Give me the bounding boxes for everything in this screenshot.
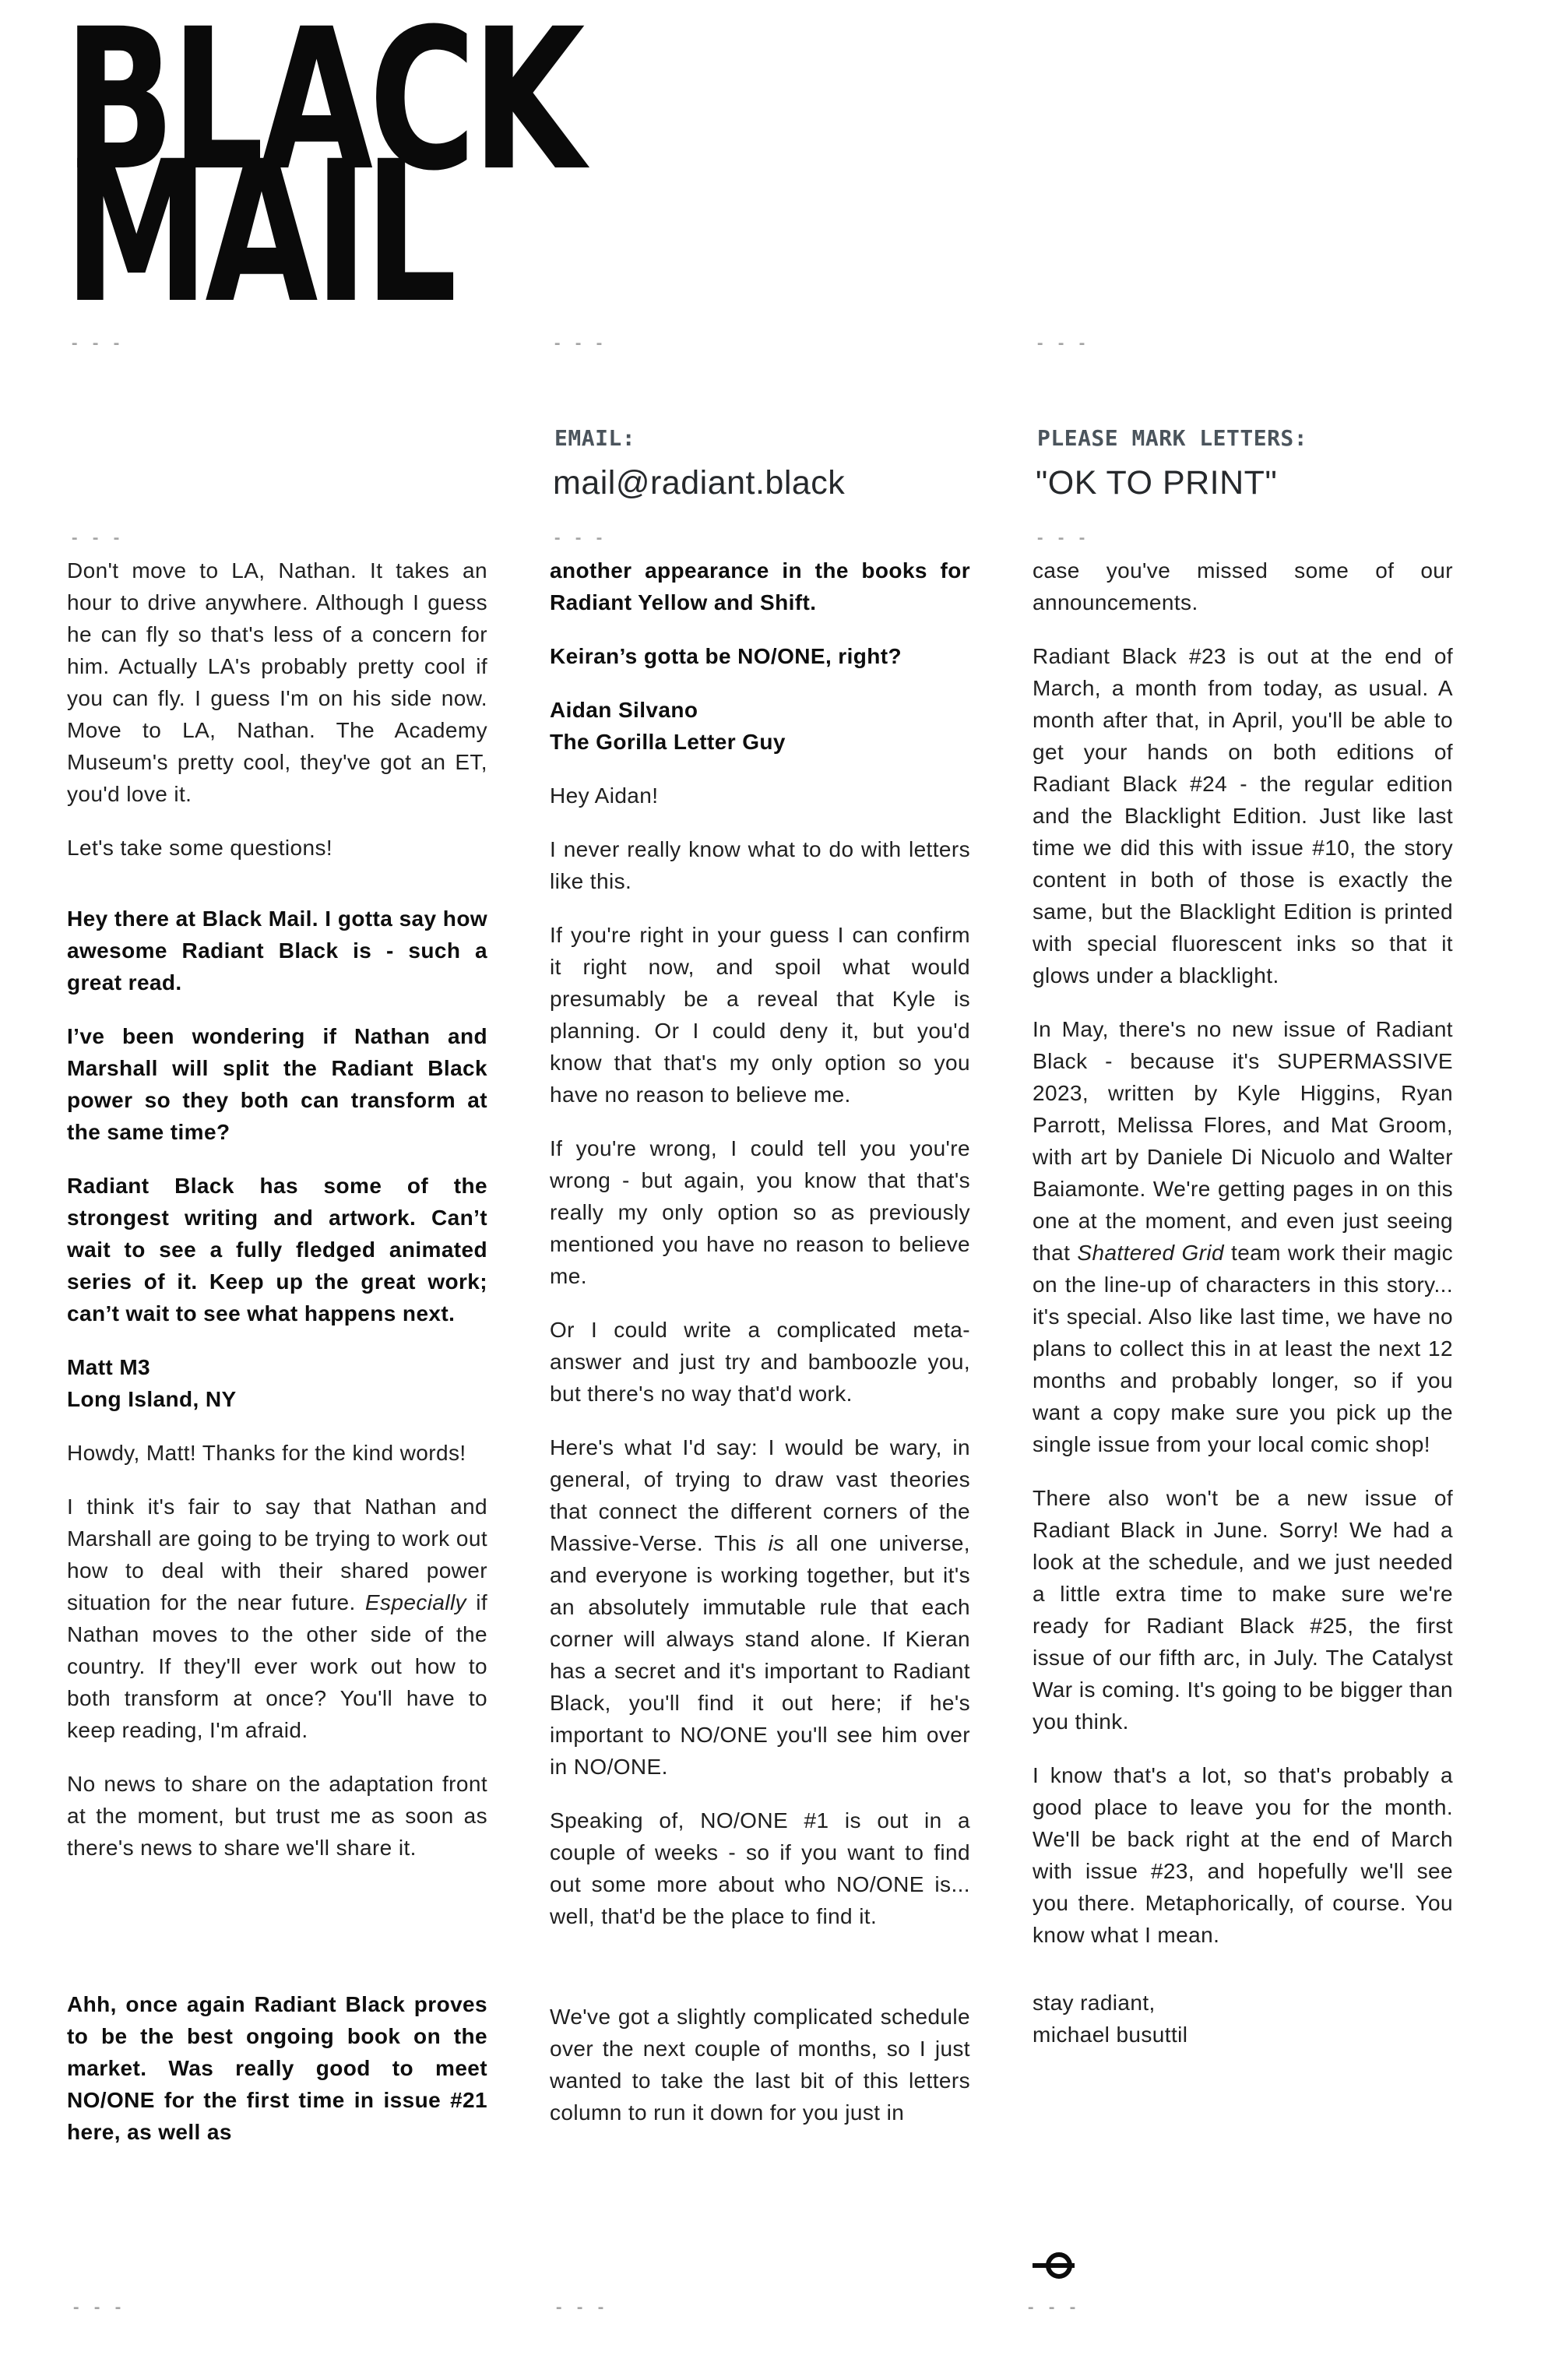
response-paragraph: Radiant Black #23 is out at the end of M… bbox=[1033, 640, 1453, 991]
text-run: Speaking of, NO/ONE #1 is out in a coupl… bbox=[550, 1808, 970, 1928]
response-paragraph: Hey Aidan! bbox=[550, 780, 970, 812]
reader-letter-paragraph: Matt M3Long Island, NY bbox=[67, 1351, 487, 1415]
reader-letter-paragraph: Aidan SilvanoThe Gorilla Letter Guy bbox=[550, 694, 970, 758]
column-spacer bbox=[67, 1885, 487, 1988]
italic-text-run: Especially bbox=[365, 1590, 466, 1614]
column-spacer bbox=[550, 1954, 970, 2001]
text-run: If you're right in your guess I can conf… bbox=[550, 923, 970, 1107]
response-paragraph: stay radiant,michael busuttil bbox=[1033, 1987, 1453, 2051]
reader-letter-paragraph: Hey there at Black Mail. I gotta say how… bbox=[67, 903, 487, 998]
dash-separator: - - - bbox=[553, 530, 605, 547]
text-run: I’ve been wondering if Nathan and Marsha… bbox=[67, 1024, 487, 1144]
text-run: Hey Aidan! bbox=[550, 783, 658, 808]
dash-separator: - - - bbox=[554, 2299, 607, 2316]
reader-letter-paragraph: Ahh, once again Radiant Black proves to … bbox=[67, 1988, 487, 2148]
response-paragraph: Don't move to LA, Nathan. It takes an ho… bbox=[67, 555, 487, 810]
letters-page: BLACK MAIL - - - - - - - - - EMAIL: mail… bbox=[0, 0, 1548, 2380]
dash-separator: - - - bbox=[70, 530, 122, 547]
text-run: Don't move to LA, Nathan. It takes an ho… bbox=[67, 558, 487, 806]
reader-letter-paragraph: Radiant Black has some of the strongest … bbox=[67, 1170, 487, 1329]
response-paragraph: We've got a slightly complicated schedul… bbox=[550, 2001, 970, 2128]
letters-column-1: Don't move to LA, Nathan. It takes an ho… bbox=[67, 555, 487, 2170]
response-paragraph: No news to share on the adaptation front… bbox=[67, 1768, 487, 1864]
text-run: Long Island, NY bbox=[67, 1387, 237, 1411]
text-run: I never really know what to do with lett… bbox=[550, 837, 970, 893]
dash-separator: - - - bbox=[1036, 530, 1088, 547]
response-paragraph: Howdy, Matt! Thanks for the kind words! bbox=[67, 1437, 487, 1469]
response-paragraph: case you've missed some of our announcem… bbox=[1033, 555, 1453, 618]
text-run: Ahh, once again Radiant Black proves to … bbox=[67, 1992, 487, 2144]
text-run: If you're wrong, I could tell you you're… bbox=[550, 1136, 970, 1288]
text-run: The Gorilla Letter Guy bbox=[550, 730, 786, 754]
letters-column-2: another appearance in the books for Radi… bbox=[550, 555, 970, 2150]
text-run: case you've missed some of our announcem… bbox=[1033, 558, 1453, 614]
dash-separator: - - - bbox=[1036, 335, 1088, 352]
letters-column-3: case you've missed some of our announcem… bbox=[1033, 555, 1453, 2072]
reader-letter-paragraph: I’ve been wondering if Nathan and Marsha… bbox=[67, 1020, 487, 1148]
radiant-theta-icon bbox=[1031, 2248, 1079, 2287]
column-spacer bbox=[1033, 1973, 1453, 1987]
text-run: team work their magic on the line-up of … bbox=[1033, 1241, 1453, 1456]
dash-separator: - - - bbox=[1026, 2299, 1078, 2316]
response-paragraph: Or I could write a complicated meta-answ… bbox=[550, 1314, 970, 1410]
email-address: mail@radiant.black bbox=[553, 464, 845, 502]
column-spacer bbox=[67, 885, 487, 903]
text-run: Let's take some questions! bbox=[67, 836, 332, 860]
text-run: Keiran’s gotta be NO/ONE, right? bbox=[550, 644, 902, 668]
response-paragraph: Here's what I'd say: I would be wary, in… bbox=[550, 1431, 970, 1783]
text-run: stay radiant, bbox=[1033, 1991, 1156, 2015]
response-paragraph: If you're wrong, I could tell you you're… bbox=[550, 1132, 970, 1292]
dash-separator: - - - bbox=[70, 335, 122, 352]
text-run: Radiant Black has some of the strongest … bbox=[67, 1174, 487, 1326]
text-run: all one universe, and everyone is workin… bbox=[550, 1531, 970, 1779]
mark-letters-label: PLEASE MARK LETTERS: bbox=[1037, 425, 1307, 451]
response-paragraph: In May, there's no new issue of Radiant … bbox=[1033, 1013, 1453, 1460]
text-run: Radiant Black #23 is out at the end of M… bbox=[1033, 644, 1453, 988]
text-run: In May, there's no new issue of Radiant … bbox=[1033, 1017, 1453, 1265]
reader-letter-paragraph: another appearance in the books for Radi… bbox=[550, 555, 970, 618]
italic-text-run: Shattered Grid bbox=[1077, 1241, 1224, 1265]
text-run: Aidan Silvano bbox=[550, 698, 698, 722]
response-paragraph: I know that's a lot, so that's probably … bbox=[1033, 1759, 1453, 1951]
text-run: No news to share on the adaptation front… bbox=[67, 1772, 487, 1860]
page-title: BLACK MAIL bbox=[64, 34, 581, 299]
text-run: another appearance in the books for Radi… bbox=[550, 558, 970, 614]
text-run: Or I could write a complicated meta-answ… bbox=[550, 1318, 970, 1406]
italic-text-run: is bbox=[768, 1531, 784, 1555]
response-paragraph: Speaking of, NO/ONE #1 is out in a coupl… bbox=[550, 1804, 970, 1932]
text-run: Matt M3 bbox=[67, 1355, 150, 1379]
text-run: Howdy, Matt! Thanks for the kind words! bbox=[67, 1441, 466, 1465]
response-paragraph: I think it's fair to say that Nathan and… bbox=[67, 1491, 487, 1746]
email-label: EMAIL: bbox=[554, 425, 635, 451]
dash-separator: - - - bbox=[553, 335, 605, 352]
text-run: Hey there at Black Mail. I gotta say how… bbox=[67, 907, 487, 995]
text-run: There also won't be a new issue of Radia… bbox=[1033, 1486, 1453, 1734]
text-run: I know that's a lot, so that's probably … bbox=[1033, 1763, 1453, 1947]
text-run: We've got a slightly complicated schedul… bbox=[550, 2005, 970, 2125]
dash-separator: - - - bbox=[72, 2299, 124, 2316]
response-paragraph: If you're right in your guess I can conf… bbox=[550, 919, 970, 1111]
response-paragraph: I never really know what to do with lett… bbox=[550, 833, 970, 897]
response-paragraph: Let's take some questions! bbox=[67, 832, 487, 864]
mark-letters-value: "OK TO PRINT" bbox=[1036, 464, 1277, 502]
reader-letter-paragraph: Keiran’s gotta be NO/ONE, right? bbox=[550, 640, 970, 672]
response-paragraph: There also won't be a new issue of Radia… bbox=[1033, 1482, 1453, 1737]
text-run: michael busuttil bbox=[1033, 2023, 1187, 2047]
